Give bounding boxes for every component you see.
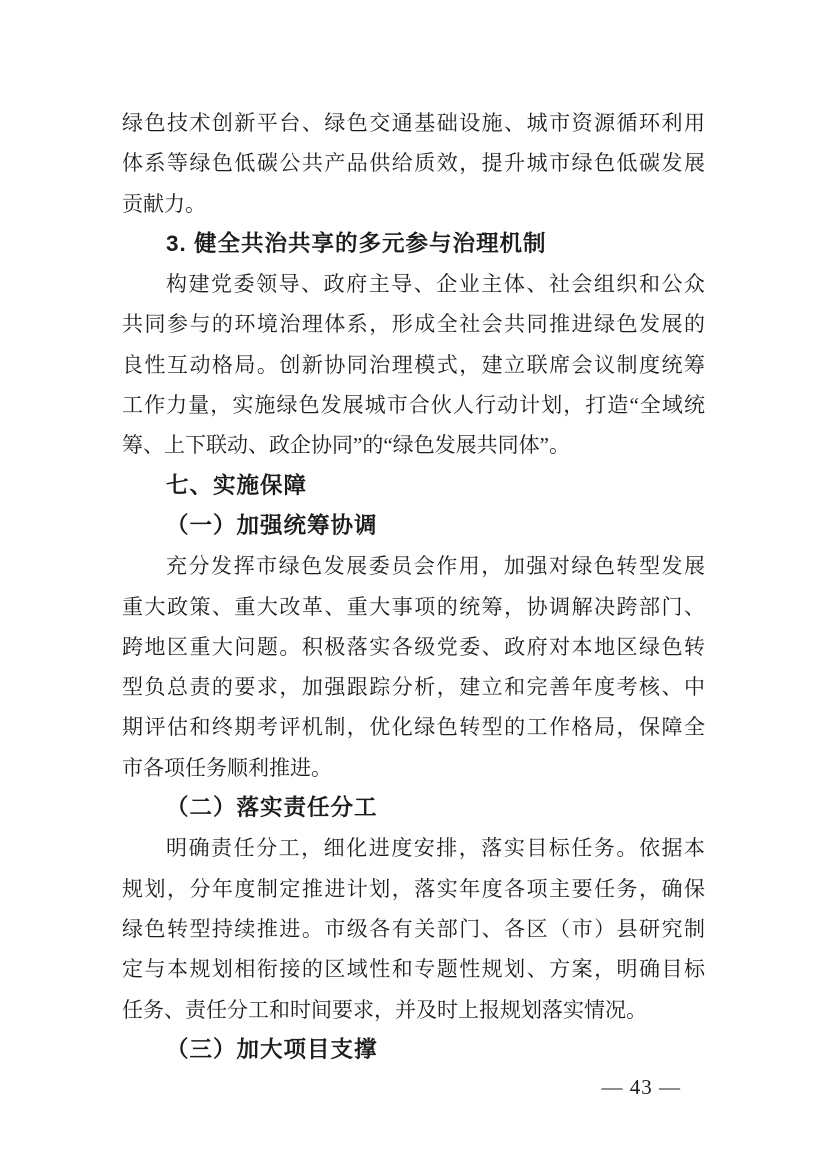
body-text-line: 绿色转型持续推进。市级各有关部门、各区（市）县研究制: [122, 909, 705, 949]
body-text-line: 明确责任分工，细化进度安排，落实目标任务。依据本: [122, 828, 705, 868]
body-text-line: 良性互动格局。创新协同治理模式，建立联席会议制度统筹: [122, 345, 705, 385]
page-number: — 43 —: [602, 1072, 682, 1102]
sub-heading: （三）加大项目支撑: [122, 1030, 705, 1070]
body-text-line: 绿色技术创新平台、绿色交通基础设施、城市资源循环利用: [122, 103, 705, 143]
body-text-line: 筹、上下联动、政企协同”的“绿色发展共同体”。: [122, 425, 705, 465]
numbered-heading: 3. 健全共治共享的多元参与治理机制: [122, 224, 705, 264]
sub-heading: （二）落实责任分工: [122, 788, 705, 828]
body-text-line: 贡献力。: [122, 184, 705, 224]
body-text-line: 期评估和终期考评机制，优化绿色转型的工作格局，保障全: [122, 707, 705, 747]
body-text-line: 共同参与的环境治理体系，形成全社会共同推进绿色发展的: [122, 304, 705, 344]
body-text-line: 任务、责任分工和时间要求，并及时上报规划落实情况。: [122, 990, 705, 1030]
body-text-line: 工作力量，实施绿色发展城市合伙人行动计划，打造“全域统: [122, 385, 705, 425]
body-text-line: 市各项任务顺利推进。: [122, 748, 705, 788]
body-text-line: 型负总责的要求，加强跟踪分析，建立和完善年度考核、中: [122, 667, 705, 707]
text-block: 绿色技术创新平台、绿色交通基础设施、城市资源循环利用体系等绿色低碳公共产品供给质…: [122, 103, 705, 1070]
body-text-line: 定与本规划相衔接的区域性和专题性规划、方案，明确目标: [122, 949, 705, 989]
document-page: 绿色技术创新平台、绿色交通基础设施、城市资源循环利用体系等绿色低碳公共产品供给质…: [0, 0, 827, 1170]
body-text-line: 跨地区重大问题。积极落实各级党委、政府对本地区绿色转: [122, 627, 705, 667]
body-text-line: 重大政策、重大改革、重大事项的统筹，协调解决跨部门、: [122, 587, 705, 627]
section-heading: 七、实施保障: [122, 466, 705, 506]
body-text-line: 规划，分年度制定推进计划，落实年度各项主要任务，确保: [122, 869, 705, 909]
body-text-line: 充分发挥市绿色发展委员会作用，加强对绿色转型发展: [122, 546, 705, 586]
body-text-line: 体系等绿色低碳公共产品供给质效，提升城市绿色低碳发展: [122, 143, 705, 183]
body-text-line: 构建党委领导、政府主导、企业主体、社会组织和公众: [122, 264, 705, 304]
sub-heading: （一）加强统筹协调: [122, 506, 705, 546]
